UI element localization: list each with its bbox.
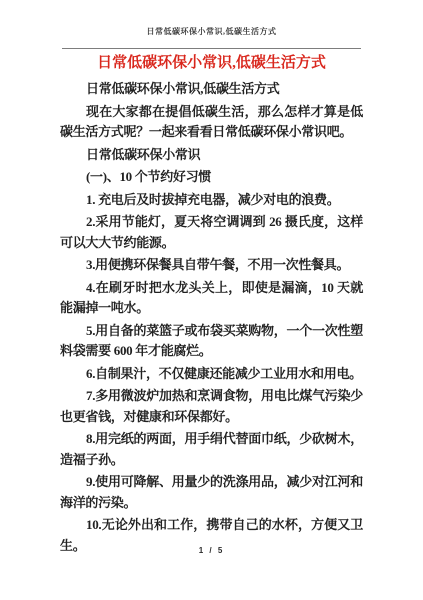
tip-item-5: 5.用自备的菜篮子或布袋买菜购物，一个一次性塑料袋需要 600 年才能腐烂。 — [60, 321, 363, 362]
tip-item-9: 9.使用可降解、用量少的洗涤用品，减少对江河和海洋的污染。 — [60, 472, 363, 513]
tip-item-6: 6.自制果汁，不仅健康还能减少工业用水和用电。 — [60, 364, 363, 385]
document-body: 日常低碳环保小常识,低碳生活方式 现在大家都在提倡低碳生活，那么怎样才算是低碳生… — [60, 79, 363, 556]
tip-item-2: 2.采用节能灯，夏天将空调调到 26 摄氏度，这样可以大大节约能源。 — [60, 212, 363, 253]
tip-item-7: 7.多用微波炉加热和烹调食物，用电比煤气污染少也更省钱，对健康和环保都好。 — [60, 386, 363, 427]
page-header-title: 日常低碳环保小常识,低碳生活方式 — [0, 0, 423, 37]
paragraph-subtitle: 日常低碳环保小常识,低碳生活方式 — [60, 79, 363, 100]
section-heading: 日常低碳环保小常识 — [60, 145, 363, 166]
tip-item-3: 3.用便携环保餐具自带午餐，不用一次性餐具。 — [60, 255, 363, 276]
tip-item-4: 4.在刷牙时把水龙头关上，即使是漏滴，10 天就能漏掉一吨水。 — [60, 278, 363, 319]
tip-item-8: 8.用完纸的两面，用手绢代替面巾纸，少砍树木，造福子孙。 — [60, 429, 363, 470]
document-page: 日常低碳环保小常识,低碳生活方式 日常低碳环保小常识,低碳生活方式 日常低碳环保… — [0, 0, 423, 600]
paragraph-intro: 现在大家都在提倡低碳生活，那么怎样才算是低碳生活方式呢？一起来看看日常低碳环保小… — [60, 102, 363, 143]
header-divider — [62, 48, 361, 49]
list-heading: (一)、10 个节约好习惯 — [60, 167, 363, 188]
document-title: 日常低碳环保小常识,低碳生活方式 — [0, 53, 423, 74]
tip-item-1: 1. 充电后及时拔掉充电器，减少对电的浪费。 — [60, 190, 363, 211]
page-number: 1 / 5 — [0, 546, 423, 555]
